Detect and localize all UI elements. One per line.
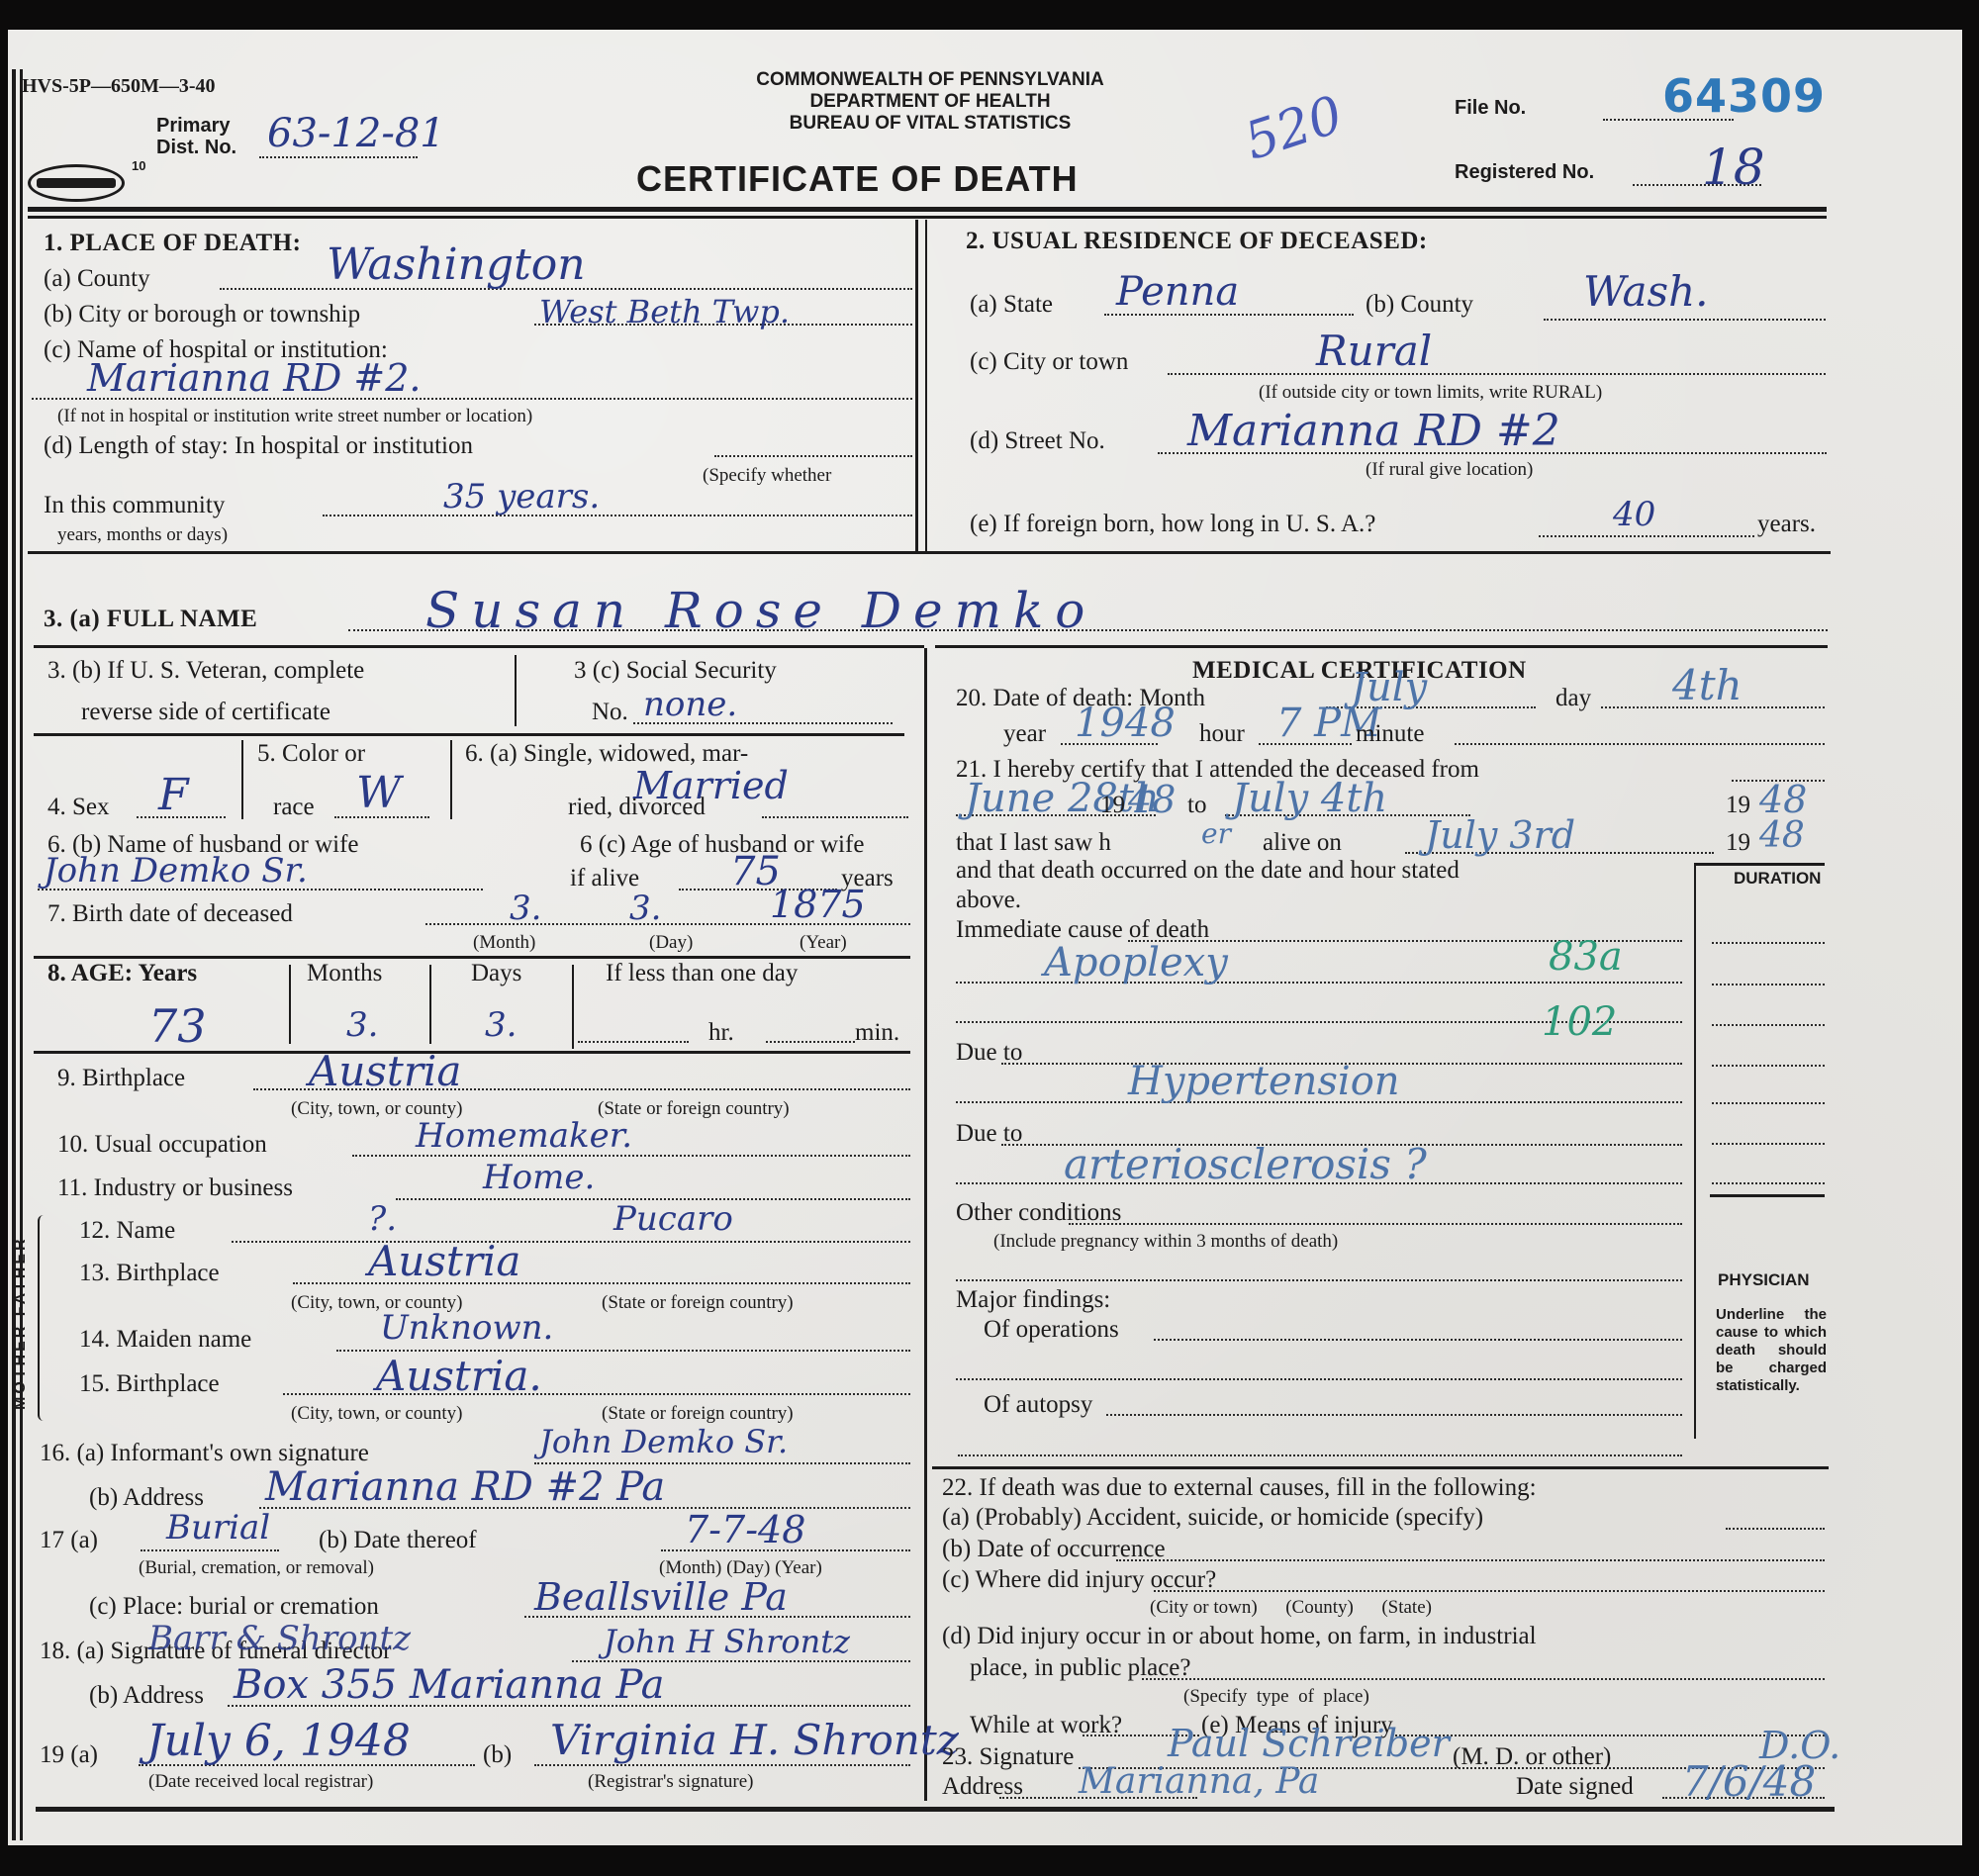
occurred-label: and that death occurred on the date and … [956, 857, 1460, 885]
burial-place-value: Beallsville Pa [534, 1575, 788, 1619]
burial-place-label: (c) Place: burial or cremation [89, 1593, 379, 1621]
year-prefix-1: 19 [1100, 792, 1125, 818]
father-birthplace-value: Austria [368, 1237, 520, 1285]
ss-no-label: No. [592, 699, 628, 726]
birth-date-label: 7. Birth date of deceased [47, 900, 293, 928]
union-label-seal-icon [28, 164, 125, 202]
funeral-director-signature: John H Shrontz [604, 1623, 850, 1660]
attended-from-year: 48 [1128, 778, 1176, 821]
street-hint: (If rural give location) [1366, 459, 1533, 481]
community-label: In this community [44, 492, 225, 519]
disposition-label: 17 (a) [40, 1527, 98, 1554]
to-label: to [1187, 792, 1206, 819]
age-days-label: Days [471, 960, 521, 987]
residence-heading: 2. USUAL RESIDENCE OF DECEASED: [966, 228, 1428, 255]
death-hour-label: hour [1199, 720, 1245, 748]
dist-no-label: Dist. No. [156, 137, 236, 159]
informant-signature-value: John Demko Sr. [539, 1423, 788, 1460]
certifier-title-label: (M. D. or other) [1453, 1743, 1611, 1771]
day-hint: (Day) [649, 932, 693, 954]
residence-street-value: Marianna RD #2 [1187, 406, 1560, 456]
birth-year-value: 1875 [770, 883, 866, 926]
hr-label: hr. [708, 1019, 734, 1047]
sex-value: F [158, 770, 189, 820]
cause-code-2: 102 [1542, 999, 1617, 1045]
external-causes-heading: 22. If death was due to external causes,… [942, 1474, 1537, 1502]
autopsy-label: Of autopsy [984, 1391, 1092, 1419]
occupation-label: 10. Usual occupation [57, 1131, 267, 1159]
certifier-signature-label: 23. Signature [942, 1743, 1074, 1771]
date-signed-label: Date signed [1516, 1773, 1634, 1801]
registrar-date-hint: (Date received local registrar) [148, 1771, 373, 1793]
burial-date-label: (b) Date thereof [319, 1527, 477, 1554]
disposition-value: Burial [166, 1508, 270, 1548]
street-label: (d) Street No. [970, 427, 1105, 455]
funeral-director-address-value: Box 355 Marianna Pa [234, 1662, 664, 1708]
date-signed-value: 7/6/48 [1682, 1757, 1816, 1806]
birthplace-value: Austria [309, 1047, 461, 1095]
file-no-label: File No. [1455, 97, 1526, 120]
length-of-stay-label: (d) Length of stay: In hospital or insti… [44, 432, 473, 460]
years-suffix: years. [1757, 511, 1816, 538]
marital-status-value: Married [633, 764, 789, 807]
injury-place-label: (d) Did injury occur in or about home, o… [942, 1623, 1537, 1650]
attended-to-value: July 4th [1232, 776, 1387, 821]
death-day-label: day [1555, 685, 1591, 712]
registrar-date-value: July 6, 1948 [146, 1716, 411, 1766]
birth-day-value: 3. [629, 889, 661, 928]
last-saw-label: that I last saw h [956, 829, 1111, 857]
age-years-value: 73 [148, 999, 207, 1053]
disposition-hint: (Burial, cremation, or removal) [139, 1557, 374, 1579]
physician-heading: PHYSICIAN [1718, 1270, 1810, 1290]
last-saw-pronoun: er [1201, 817, 1231, 850]
age-months-label: Months [307, 960, 382, 987]
injury-place-hint: (Specify type of place) [1183, 1686, 1369, 1708]
race-value: W [356, 768, 401, 818]
due-to-value-1: Hypertension [1128, 1059, 1400, 1104]
residence-city-label: (c) City or town [970, 348, 1128, 376]
cause-code-1: 83a [1549, 934, 1623, 980]
informant-signature-label: 16. (a) Informant's own signature [40, 1440, 369, 1467]
race-label: 5. Color or [257, 740, 365, 768]
years-in-usa-value: 40 [1613, 495, 1655, 534]
injury-location-hint: (City or town) (County) (State) [1150, 1597, 1432, 1619]
year-hint: (Year) [800, 932, 847, 954]
death-year-label: year [1003, 720, 1046, 748]
less-than-day-label: If less than one day [606, 960, 798, 987]
community-stay-value: 35 years. [443, 477, 600, 516]
residence-city-hint: (If outside city or town limits, write R… [1259, 382, 1602, 404]
mother-birthplace-label: 15. Birthplace [79, 1370, 220, 1398]
union-label-number: 10 [132, 158, 145, 173]
industry-label: 11. Industry or business [57, 1174, 293, 1202]
certifier-address-value: Marianna, Pa [1079, 1761, 1319, 1802]
other-conditions-hint: (Include pregnancy within 3 months of de… [993, 1231, 1338, 1253]
certificate-title: CERTIFICATE OF DEATH [636, 158, 1079, 200]
month-hint: (Month) [473, 932, 535, 954]
issuing-authority: COMMONWEALTH OF PENNSYLVANIA DEPARTMENT … [693, 69, 1168, 135]
spouse-age-label: 6 (c) Age of husband or wife [580, 831, 864, 859]
death-township-value: West Beth Twp. [539, 293, 790, 330]
funeral-home-overwrite: Barr & Shrontz [148, 1619, 411, 1658]
year-prefix-3: 19 [1726, 829, 1750, 857]
death-minute-label: minute [1356, 720, 1424, 748]
specify-whether-hint: (Specify whether [703, 465, 831, 487]
city-township-label: (b) City or borough or township [44, 301, 360, 328]
registered-no: 18 [1702, 139, 1765, 196]
spouse-name-value: John Demko Sr. [44, 851, 308, 891]
foreign-born-label: (e) If foreign born, how long in U. S. A… [970, 511, 1375, 538]
residence-county-value: Wash. [1583, 267, 1709, 316]
operations-label: Of operations [984, 1316, 1119, 1344]
major-findings-label: Major findings: [956, 1286, 1110, 1314]
death-location-value: Marianna RD #2. [87, 356, 421, 400]
registered-no-label: Registered No. [1455, 161, 1594, 184]
occupation-value: Homemaker. [416, 1116, 632, 1156]
certifier-signature-value: Paul Schreiber [1168, 1722, 1450, 1765]
informant-address-value: Marianna RD #2 Pa [265, 1464, 665, 1510]
full-name-label: 3. (a) FULL NAME [44, 606, 257, 633]
funeral-director-address-label: (b) Address [89, 1682, 204, 1710]
father-first-name-value: ?. [368, 1199, 397, 1239]
death-year-value: 1948 [1075, 701, 1176, 746]
industry-value: Home. [483, 1158, 595, 1197]
last-saw-date-value: July 3rd [1425, 813, 1575, 857]
mother-maiden-label: 14. Maiden name [79, 1326, 251, 1354]
birthplace-label: 9. Birthplace [57, 1065, 185, 1092]
residence-state-value: Penna [1116, 269, 1239, 315]
primary-label: Primary [156, 115, 231, 138]
father-name-label: 12. Name [79, 1217, 175, 1245]
mother-father-side-label: MOTHER FATHER [12, 1219, 40, 1427]
primary-dist-no: 63-12-81 [267, 111, 445, 156]
father-birthplace-label: 13. Birthplace [79, 1260, 220, 1287]
mother-maiden-value: Unknown. [380, 1308, 553, 1348]
duration-heading: DURATION [1734, 869, 1821, 889]
year-prefix-2: 19 [1726, 792, 1750, 819]
full-name-value: Susan Rose Demko [425, 582, 1096, 639]
alive-on-label: alive on [1263, 829, 1342, 857]
hospital-hint: (If not in hospital or institution write… [57, 406, 532, 427]
social-security-label: 3 (c) Social Security [574, 657, 777, 685]
place-of-death-heading: 1. PLACE OF DEATH: [44, 230, 301, 257]
race-label-2: race [273, 794, 315, 821]
death-day-value: 4th [1672, 661, 1743, 709]
registrar-signature-label: (b) [483, 1741, 512, 1769]
mother-city-hint: (City, town, or county) [291, 1403, 462, 1425]
immediate-cause-value: Apoplexy [1044, 940, 1228, 985]
age-months-value: 3. [346, 1005, 378, 1045]
age-days-value: 3. [485, 1005, 517, 1045]
physician-note: Underline the cause to which death shoul… [1716, 1306, 1827, 1395]
social-security-value: none. [643, 685, 737, 724]
form-code: HVS-5P—650M—3-40 [22, 75, 216, 98]
burial-date-value: 7-7-48 [685, 1508, 805, 1551]
registrar-date-label: 19 (a) [40, 1741, 98, 1769]
file-no-stamp: 64309 [1662, 69, 1826, 123]
mother-state-hint: (State or foreign country) [602, 1403, 794, 1425]
father-state-hint: (State or foreign country) [602, 1292, 794, 1314]
death-county-value: Washington [327, 239, 586, 290]
min-label: min. [855, 1019, 899, 1047]
residence-county-label: (b) County [1366, 291, 1473, 319]
parents-brace [38, 1215, 47, 1421]
residence-city-value: Rural [1316, 327, 1432, 375]
sex-label: 4. Sex [47, 794, 110, 821]
state-label: (a) State [970, 291, 1053, 319]
registrar-signature-hint: (Registrar's signature) [588, 1771, 754, 1793]
veteran-label-2: reverse side of certificate [81, 699, 330, 726]
left-border-rule [12, 69, 16, 1840]
county-label: (a) County [44, 265, 150, 293]
left-border-rule-inner [20, 69, 23, 1840]
due-to-value-2: arteriosclerosis ? [1064, 1140, 1427, 1188]
veteran-label: 3. (b) If U. S. Veteran, complete [47, 657, 364, 685]
age-years-label: 8. AGE: Years [47, 960, 197, 986]
registrar-signature-value: Virginia H. Shrontz [550, 1716, 959, 1764]
birth-month-value: 3. [510, 889, 541, 928]
accident-label: (a) (Probably) Accident, suicide, or hom… [942, 1504, 1483, 1532]
occurred-label-2: above. [956, 887, 1021, 914]
father-last-name-value: Pucaro [613, 1199, 733, 1239]
community-hint: years, months or days) [57, 524, 228, 546]
last-saw-year: 48 [1759, 815, 1805, 856]
mother-birthplace-value: Austria. [376, 1352, 542, 1400]
